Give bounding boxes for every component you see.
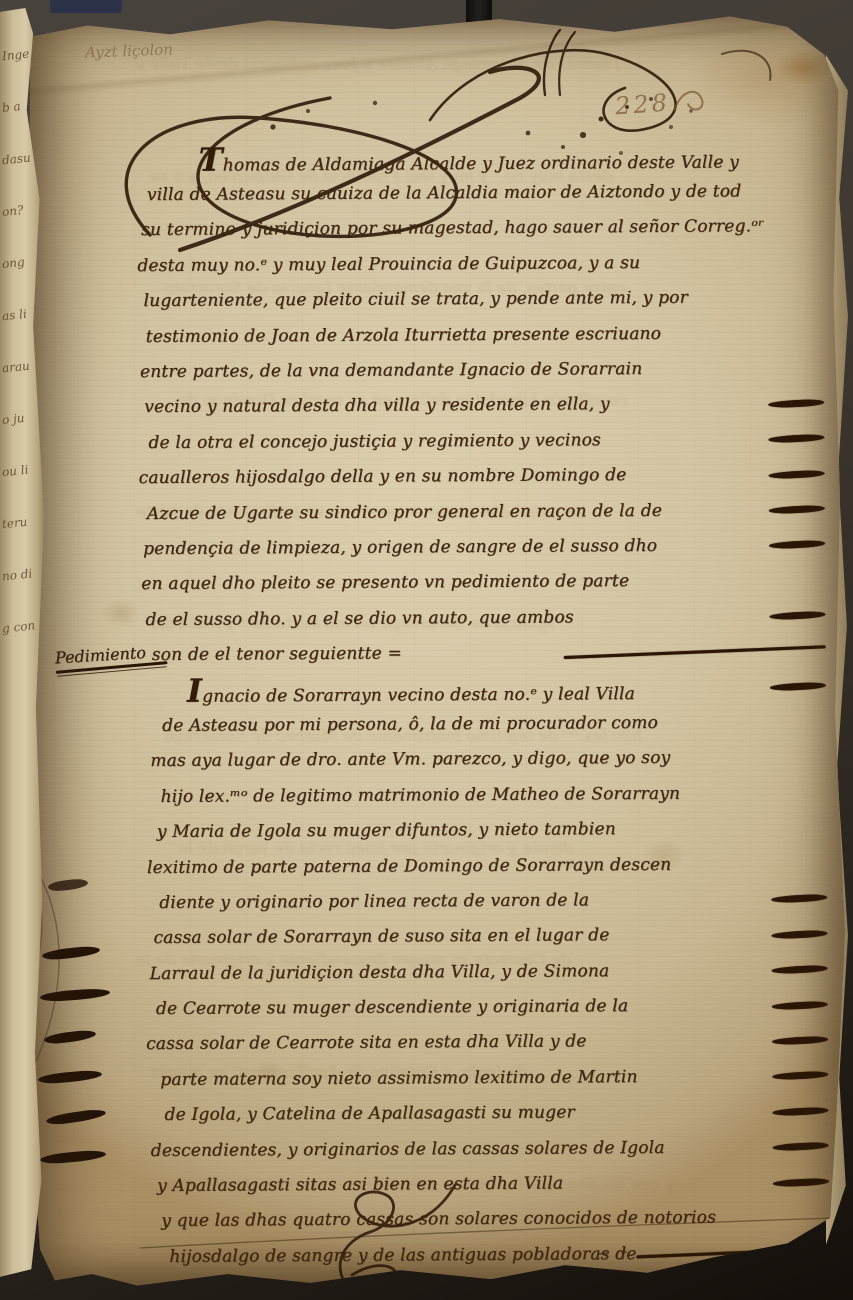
gutter-fragment-text: arau (1, 359, 30, 376)
manuscript-line: hijosdalgo de sangre y de las antiguas p… (135, 1235, 829, 1275)
folio-swash-icon (671, 85, 713, 118)
manuscript-line-text: pendençia de limpieza, y origen de sangr… (143, 536, 657, 559)
manuscript-line: mas aya lugar de dro. ante Vm. parezco, … (132, 740, 826, 780)
manuscript-line: vecino y natural desta dha villa y resid… (130, 386, 824, 426)
gutter-fragment-text: g con (1, 618, 35, 635)
manuscript-line: y que las dhas quatro cassas son solares… (135, 1200, 829, 1240)
folio-number: 228 (614, 85, 713, 122)
gutter-fragment-text: ong (1, 255, 25, 271)
manuscript-line-text: Thomas de Aldamiaga Alcalde y Juez ordin… (199, 137, 739, 178)
manuscript-line: descendientes, y originarios de las cass… (135, 1129, 829, 1169)
manuscript-line: Azcue de Ugarte su sindico pror general … (131, 492, 825, 532)
line-end-dash (769, 540, 825, 549)
manuscript-line-text: cassa solar de Sorarrayn de suso sita en… (153, 925, 609, 948)
manuscript-line: de el susso dho. y a el se dio vn auto, … (131, 598, 825, 638)
line-end-dash (769, 505, 825, 514)
manuscript-line: desta muy no.ᵉ y muy leal Prouincia de G… (129, 244, 823, 284)
manuscript-line-text: de Asteasu por mi persona, ô, la de mi p… (162, 713, 658, 736)
manuscript-line-text: parte materna soy nieto assimismo lexiti… (160, 1067, 637, 1090)
line-end-dash (771, 965, 827, 974)
binding-tab (50, 0, 122, 13)
line-end-dash (769, 611, 825, 620)
manuscript-line-text: diente y originario por linea recta de v… (159, 890, 589, 913)
manuscript-line: y Maria de Igola su muger difuntos, y ni… (133, 810, 827, 850)
gutter-fragment-text: o ju (1, 411, 25, 427)
gutter-fragment-text: b a (1, 99, 21, 115)
photograph-background: Ingeb adasuon?ongas liarauo juou literun… (0, 0, 853, 1300)
line-end-dash (768, 434, 824, 443)
manuscript-line: villa de Asteasu su cauiza de la Alcaldi… (129, 173, 823, 213)
manuscript-line-text: vecino y natural desta dha villa y resid… (144, 395, 610, 418)
bleedthrough-line: Thomas de Aldamiaga Alcalde y Juez ordin… (136, 54, 622, 73)
manuscript-line-text: son de el tenor seguientte = (152, 644, 402, 666)
manuscript-line: y Apallasagasti sitas asi bien en esta d… (135, 1164, 829, 1204)
line-end-dash (770, 682, 826, 691)
line-end-dash (772, 1071, 828, 1080)
gutter-ink-dash (38, 1069, 103, 1085)
line-end-dash (772, 1107, 828, 1116)
line-end-dash (771, 930, 827, 939)
manuscript-line-text: Larraul de la juridiçion desta dha Villa… (150, 961, 610, 984)
manuscript-line-text: mas aya lugar de dro. ante Vm. parezco, … (150, 748, 670, 771)
manuscript-line: cassa solar de Cearrote sita en esta dha… (134, 1023, 828, 1063)
manuscript-page: Thomas de Aldamiaga Alcalde y Juez ordin… (22, 14, 845, 1288)
line-end-dash (773, 1142, 829, 1151)
manuscript-line-text: en aquel dho pleito se presento vn pedim… (141, 571, 629, 594)
manuscript-line-text: y que las dhas quatro cassas son solares… (161, 1208, 716, 1231)
manuscript-line-text: de la otra el concejo justiçia y regimie… (148, 430, 601, 453)
manuscript-line: Ignacio de Sorarrayn vecino desta no.ᵉ y… (132, 669, 826, 709)
manuscript-line-text: cassa solar de Cearrote sita en esta dha… (146, 1032, 587, 1055)
gutter-fragment-text: no di (1, 566, 33, 583)
manuscript-line-text: descendientes, y originarios de las cass… (151, 1137, 665, 1160)
line-end-dash (773, 1177, 829, 1186)
manuscript-line-text: de Cearrote su muger descendiente y orig… (156, 996, 629, 1019)
manuscript-line: de Cearrote su muger descendiente y orig… (134, 987, 828, 1027)
manuscript-line: Larraul de la juridiçion desta dha Villa… (134, 952, 828, 992)
gutter-fragment-text: on? (1, 203, 24, 219)
manuscript-line-text: villa de Asteasu su cauiza de la Alcaldi… (147, 181, 742, 205)
manuscript-line: parte materna soy nieto assimismo lexiti… (134, 1058, 828, 1098)
manuscript-line: caualleros hijosdalgo della y en su nomb… (130, 456, 824, 496)
gutter-ink-dash (42, 945, 101, 961)
manuscript-line-text: hijosdalgo de sangre y de las antiguas p… (169, 1244, 636, 1267)
manuscript-line-text: lexitimo de parte paterna de Domingo de … (147, 854, 671, 877)
line-end-dash (772, 1000, 828, 1009)
gutter-fragment-text: teru (1, 515, 28, 532)
manuscript-line-text: y Apallasagasti sitas asi bien en esta d… (157, 1174, 563, 1196)
line-end-dash (637, 1248, 830, 1259)
manuscript-line: testimonio de Joan de Arzola Iturrietta … (130, 315, 824, 355)
gutter-fragment-text: dasu (1, 151, 31, 168)
manuscript-line-text: Azcue de Ugarte su sindico pror general … (147, 500, 662, 523)
manuscript-line: hijo lex.ᵐᵒ de legitimo matrimonio de Ma… (132, 775, 826, 815)
gutter-ink-dash (44, 1029, 97, 1045)
line-end-dash (768, 399, 824, 408)
manuscript-line-text: hijo lex.ᵐᵒ de legitimo matrimonio de Ma… (160, 783, 680, 806)
manuscript-line: diente y originario por linea recta de v… (133, 881, 827, 921)
manuscript-line: lugarteniente, que pleito ciuil se trata… (129, 279, 823, 319)
manuscript-line: pendençia de limpieza, y origen de sangr… (131, 527, 825, 567)
manuscript-line-text: lugarteniente, que pleito ciuil se trata… (143, 288, 688, 311)
manuscript-line-text: y Maria de Igola su muger difuntos, y ni… (157, 819, 616, 842)
manuscript-line-text: de Igola, y Catelina de Apallasagasti su… (164, 1103, 574, 1126)
manuscript-line-text: testimonio de Joan de Arzola Iturrietta … (146, 324, 661, 347)
line-end-dash (564, 645, 826, 659)
manuscript-line: cassa solar de Sorarrayn de suso sita en… (133, 916, 827, 956)
manuscript-line-text: desta muy no.ᵉ y muy leal Prouincia de G… (137, 253, 640, 276)
manuscript-line-text: su termino y juridiçion por su magestad,… (141, 217, 764, 241)
gutter-fragment-text: Inge (1, 47, 30, 64)
gutter-fragment-text: as li (1, 307, 27, 324)
manuscript-line-text: Ignacio de Sorarrayn vecino desta no.ᵉ y… (187, 669, 635, 710)
line-end-dash (771, 894, 827, 903)
folio-number-text: 228 (614, 89, 671, 121)
manuscript-line: entre partes, de la vna demandante Ignac… (130, 350, 824, 390)
manuscript-line: de la otra el concejo justiçia y regimie… (130, 421, 824, 461)
manuscript-line-text: de el susso dho. y a el se dio vn auto, … (145, 607, 573, 630)
manuscript-line: en aquel dho pleito se presento vn pedim… (131, 563, 825, 603)
line-end-dash (768, 470, 824, 479)
manuscript-line: de Igola, y Catelina de Apallasagasti su… (134, 1093, 828, 1133)
manuscript-line: son de el tenor seguientte = (132, 633, 826, 673)
gutter-ink-dash (48, 878, 89, 892)
manuscript-line: Thomas de Aldamiaga Alcalde y Juez ordin… (129, 138, 823, 178)
line-end-dash (772, 1036, 828, 1045)
manuscript-line: su termino y juridiçion por su magestad,… (129, 209, 823, 249)
manuscript-line-text: caualleros hijosdalgo della y en su nomb… (139, 465, 627, 488)
manuscript-line-text: entre partes, de la vna demandante Ignac… (140, 359, 642, 382)
manuscript-line: lexitimo de parte paterna de Domingo de … (133, 846, 827, 886)
manuscript-line: de Asteasu por mi persona, ô, la de mi p… (132, 704, 826, 744)
text-block: Thomas de Aldamiaga Alcalde y Juez ordin… (129, 138, 830, 1275)
gutter-ink-dash (46, 1108, 107, 1126)
gutter-ink-dash (40, 988, 111, 1003)
gutter-fragment-text: ou li (1, 463, 29, 480)
gutter-ink-dash (40, 1149, 107, 1165)
faded-header-note: Ayzt liçolon (85, 40, 173, 61)
